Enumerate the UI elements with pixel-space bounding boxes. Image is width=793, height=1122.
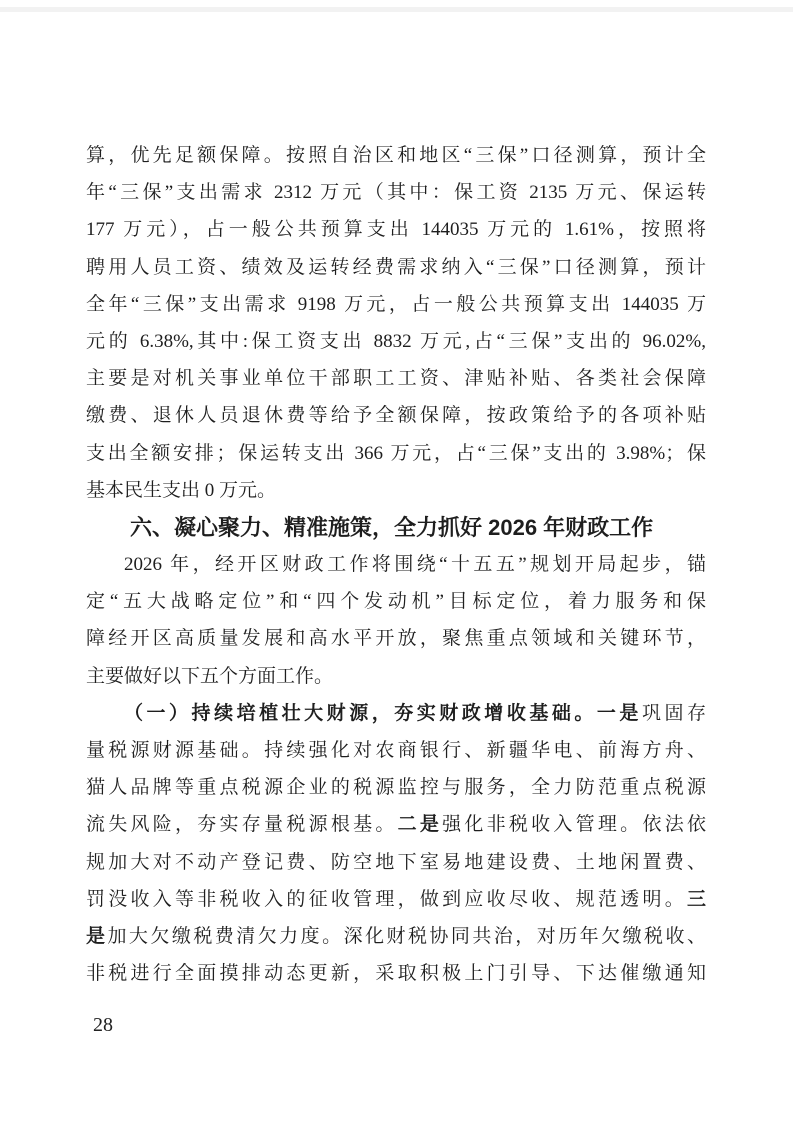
text-run: 元的 6.38%,其中:保工资支出 8832 万元,占“三保”支出的 96.02… xyxy=(86,331,706,352)
text-line: 聘用人员工资、绩效及运转经费需求纳入“三保”口径测算，预计 xyxy=(86,249,706,286)
emphasis-run: （一）持续培植壮大财源，夯实财政增收基础。一是 xyxy=(124,703,642,724)
text-line: 主要做好以下五个方面工作。 xyxy=(86,658,706,695)
text-run: 基本民生支出 0 万元。 xyxy=(86,480,276,501)
text-line: 算，优先足额保障。按照自治区和地区“三保”口径测算，预计全 xyxy=(86,137,706,174)
text-run: 非税进行全面摸排动态更新，采取积极上门引导、下达催缴通知 xyxy=(86,963,706,984)
text-line: 基本民生支出 0 万元。 xyxy=(86,472,706,509)
document-page: 算，优先足额保障。按照自治区和地区“三保”口径测算，预计全 年“三保”支出需求 … xyxy=(0,0,793,1122)
text-line: 罚没收入等非税收入的征收管理，做到应收尽收、规范透明。三 xyxy=(86,881,706,918)
document-text: 算，优先足额保障。按照自治区和地区“三保”口径测算，预计全 年“三保”支出需求 … xyxy=(86,137,706,992)
text-line: 元的 6.38%,其中:保工资支出 8832 万元,占“三保”支出的 96.02… xyxy=(86,323,706,360)
text-run: 猫人品牌等重点税源企业的税源监控与服务，全力防范重点税源 xyxy=(86,777,706,798)
text-line: 猫人品牌等重点税源企业的税源监控与服务，全力防范重点税源 xyxy=(86,769,706,806)
text-run: 强化非税收入管理。依法依 xyxy=(442,814,706,835)
text-run: 算，优先足额保障。按照自治区和地区“三保”口径测算，预计全 xyxy=(86,145,706,166)
text-line: 流失风险，夯实存量税源根基。二是强化非税收入管理。依法依 xyxy=(86,806,706,843)
text-line: 2026 年，经开区财政工作将围绕“十五五”规划开局起步，锚 xyxy=(86,546,706,583)
text-line: 是加大欠缴税费清欠力度。深化财税协同共治，对历年欠缴税收、 xyxy=(86,918,706,955)
text-line: （一）持续培植壮大财源，夯实财政增收基础。一是巩固存 xyxy=(86,695,706,732)
text-line: 缴费、退休人员退休费等给予全额保障，按政策给予的各项补贴 xyxy=(86,397,706,434)
text-run: 量税源财源基础。持续强化对农商银行、新疆华电、前海方舟、 xyxy=(86,740,706,761)
text-run: 规加大对不动产登记费、防空地下室易地建设费、土地闲置费、 xyxy=(86,852,706,873)
text-line: 全年“三保”支出需求 9198 万元，占一般公共预算支出 144035 万 xyxy=(86,286,706,323)
emphasis-run: 三 xyxy=(687,889,706,910)
text-run: 罚没收入等非税收入的征收管理，做到应收尽收、规范透明。 xyxy=(86,889,687,910)
emphasis-run: 二是 xyxy=(398,814,443,835)
text-run: 主要做好以下五个方面工作。 xyxy=(86,666,333,687)
text-run: 全年“三保”支出需求 9198 万元，占一般公共预算支出 144035 万 xyxy=(86,294,706,315)
emphasis-run: 是 xyxy=(86,926,107,947)
text-line: 定“五大战略定位”和“四个发动机”目标定位，着力服务和保 xyxy=(86,583,706,620)
text-line: 非税进行全面摸排动态更新，采取积极上门引导、下达催缴通知 xyxy=(86,955,706,992)
text-line: 量税源财源基础。持续强化对农商银行、新疆华电、前海方舟、 xyxy=(86,732,706,769)
text-line: 主要是对机关事业单位干部职工工资、津贴补贴、各类社会保障 xyxy=(86,360,706,397)
heading-run: 六、凝心聚力、精准施策，全力抓好 2026 年财政工作 xyxy=(130,515,653,540)
text-run: 加大欠缴税费清欠力度。深化财税协同共治，对历年欠缴税收、 xyxy=(107,926,706,947)
text-run: 流失风险，夯实存量税源根基。 xyxy=(86,814,398,835)
text-run: 177 万元），占一般公共预算支出 144035 万元的 1.61%，按照将 xyxy=(86,219,706,240)
text-run: 主要是对机关事业单位干部职工工资、津贴补贴、各类社会保障 xyxy=(86,368,706,389)
text-line: 177 万元），占一般公共预算支出 144035 万元的 1.61%，按照将 xyxy=(86,211,706,248)
text-line: 年“三保”支出需求 2312 万元（其中：保工资 2135 万元、保运转 xyxy=(86,174,706,211)
scan-artifact-band xyxy=(0,7,793,12)
text-line: 支出全额安排；保运转支出 366 万元，占“三保”支出的 3.98%；保 xyxy=(86,435,706,472)
section-heading: 六、凝心聚力、精准施策，全力抓好 2026 年财政工作 xyxy=(86,509,706,546)
text-run: 定“五大战略定位”和“四个发动机”目标定位，着力服务和保 xyxy=(86,591,706,612)
text-run: 障经开区高质量发展和高水平开放，聚焦重点领域和关键环节， xyxy=(86,628,706,649)
text-run: 支出全额安排；保运转支出 366 万元，占“三保”支出的 3.98%；保 xyxy=(86,443,706,464)
text-run: 年“三保”支出需求 2312 万元（其中：保工资 2135 万元、保运转 xyxy=(86,182,706,203)
text-run: 缴费、退休人员退休费等给予全额保障，按政策给予的各项补贴 xyxy=(86,405,706,426)
text-run: 巩固存 xyxy=(642,703,706,724)
text-run: 2026 年，经开区财政工作将围绕“十五五”规划开局起步，锚 xyxy=(124,554,706,575)
text-run: 聘用人员工资、绩效及运转经费需求纳入“三保”口径测算，预计 xyxy=(86,257,706,278)
text-line: 障经开区高质量发展和高水平开放，聚焦重点领域和关键环节， xyxy=(86,620,706,657)
page-number: 28 xyxy=(93,1012,113,1038)
text-line: 规加大对不动产登记费、防空地下室易地建设费、土地闲置费、 xyxy=(86,844,706,881)
